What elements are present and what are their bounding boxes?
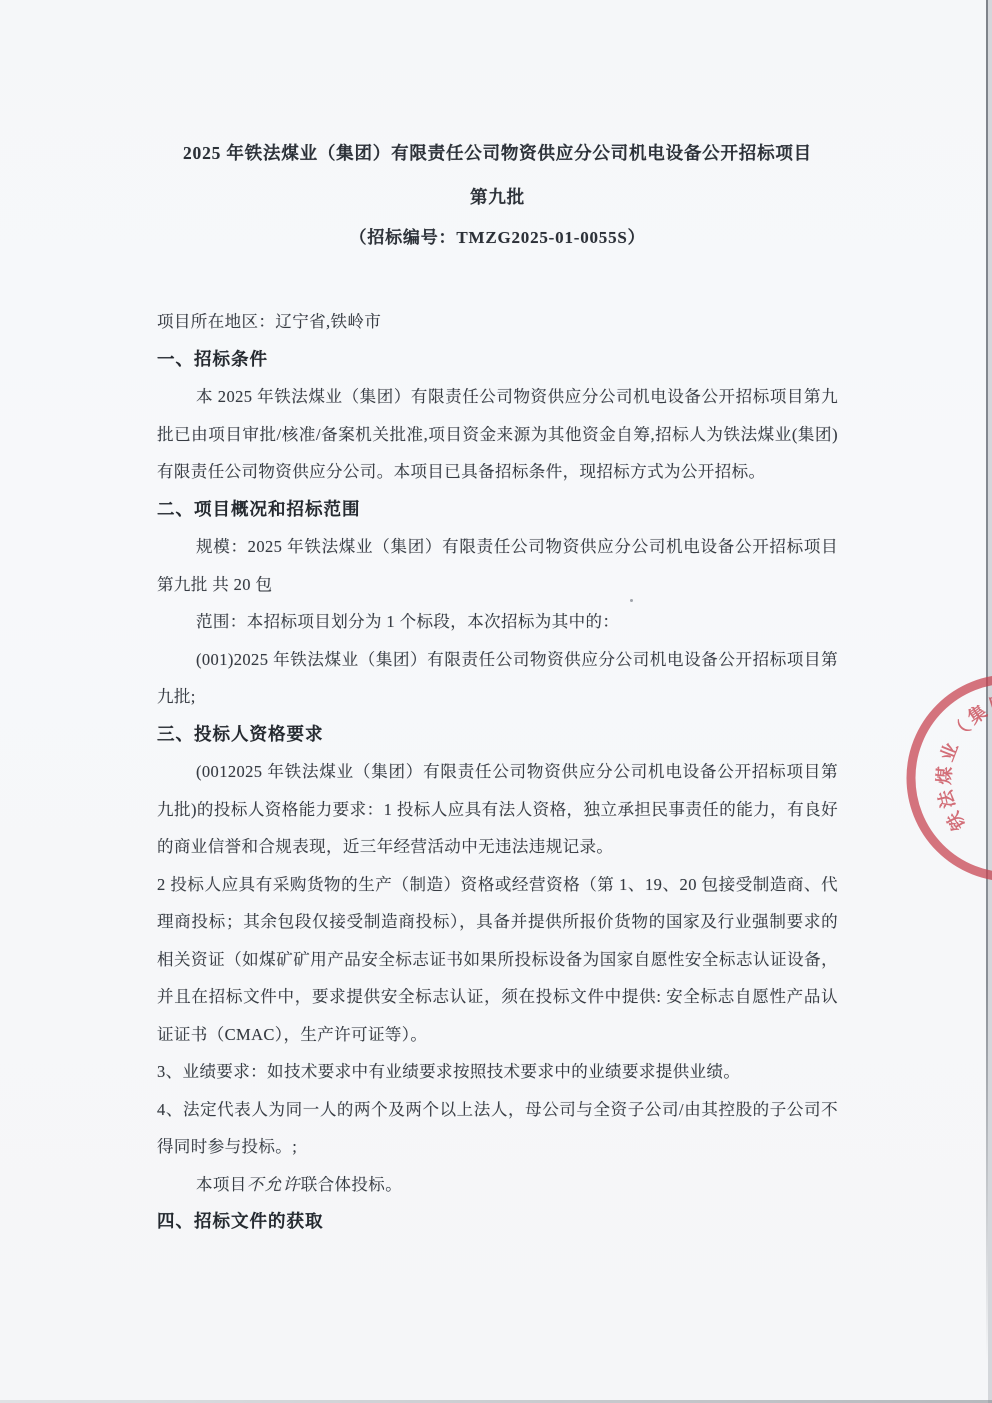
tender-number: （招标编号：TMZG2025-01-0055S） bbox=[157, 218, 838, 258]
joint-bid-line: 本项目不允许联合体投标。 bbox=[157, 1166, 838, 1204]
doc-title-line2: 第九批 bbox=[157, 176, 838, 218]
section-3-heading: 三、投标人资格要求 bbox=[157, 716, 838, 754]
section-1-heading: 一、招标条件 bbox=[157, 341, 838, 379]
section-3-paragraph-2: 2 投标人应具有采购货物的生产（制造）资格或经营资格（第 1、19、20 包接受… bbox=[157, 866, 838, 1054]
document-page: 铁法煤业（集团）有限责任公司 2025 年铁法煤业（集团）有限责任公司物资供应分… bbox=[0, 0, 992, 1403]
joint-bid-emphasis: 不允许 bbox=[247, 1175, 301, 1194]
section-2-paragraph-1: 规模：2025 年铁法煤业（集团）有限责任公司物资供应分公司机电设备公开招标项目… bbox=[157, 528, 838, 603]
section-1-paragraph-1: 本 2025 年铁法煤业（集团）有限责任公司物资供应分公司机电设备公开招标项目第… bbox=[157, 378, 838, 491]
section-3-paragraph-4: 4、法定代表人为同一人的两个及两个以上法人，母公司与全资子公司/由其控股的子公司… bbox=[157, 1091, 838, 1166]
joint-bid-prefix: 本项目 bbox=[196, 1175, 247, 1194]
section-2-paragraph-3: (001)2025 年铁法煤业（集团）有限责任公司物资供应分公司机电设备公开招标… bbox=[157, 641, 838, 716]
document-content: 2025 年铁法煤业（集团）有限责任公司物资供应分公司机电设备公开招标项目 第九… bbox=[157, 0, 838, 1241]
project-location-line: 项目所在地区：辽宁省,铁岭市 bbox=[157, 303, 838, 341]
section-2-heading: 二、项目概况和招标范围 bbox=[157, 491, 838, 529]
doc-title-line1: 2025 年铁法煤业（集团）有限责任公司物资供应分公司机电设备公开招标项目 bbox=[157, 130, 838, 176]
section-4-heading: 四、招标文件的获取 bbox=[157, 1203, 838, 1241]
joint-bid-suffix: 联合体投标。 bbox=[301, 1175, 402, 1194]
section-3-paragraph-3: 3、业绩要求：如技术要求中有业绩要求按照技术要求中的业绩要求提供业绩。 bbox=[157, 1053, 838, 1091]
company-seal-stamp: 铁法煤业（集团）有限责任公司 bbox=[880, 660, 992, 900]
section-3-paragraph-1: (0012025 年铁法煤业（集团）有限责任公司物资供应分公司机电设备公开招标项… bbox=[157, 753, 838, 866]
section-2-paragraph-2: 范围：本招标项目划分为 1 个标段，本次招标为其中的： bbox=[157, 603, 838, 641]
